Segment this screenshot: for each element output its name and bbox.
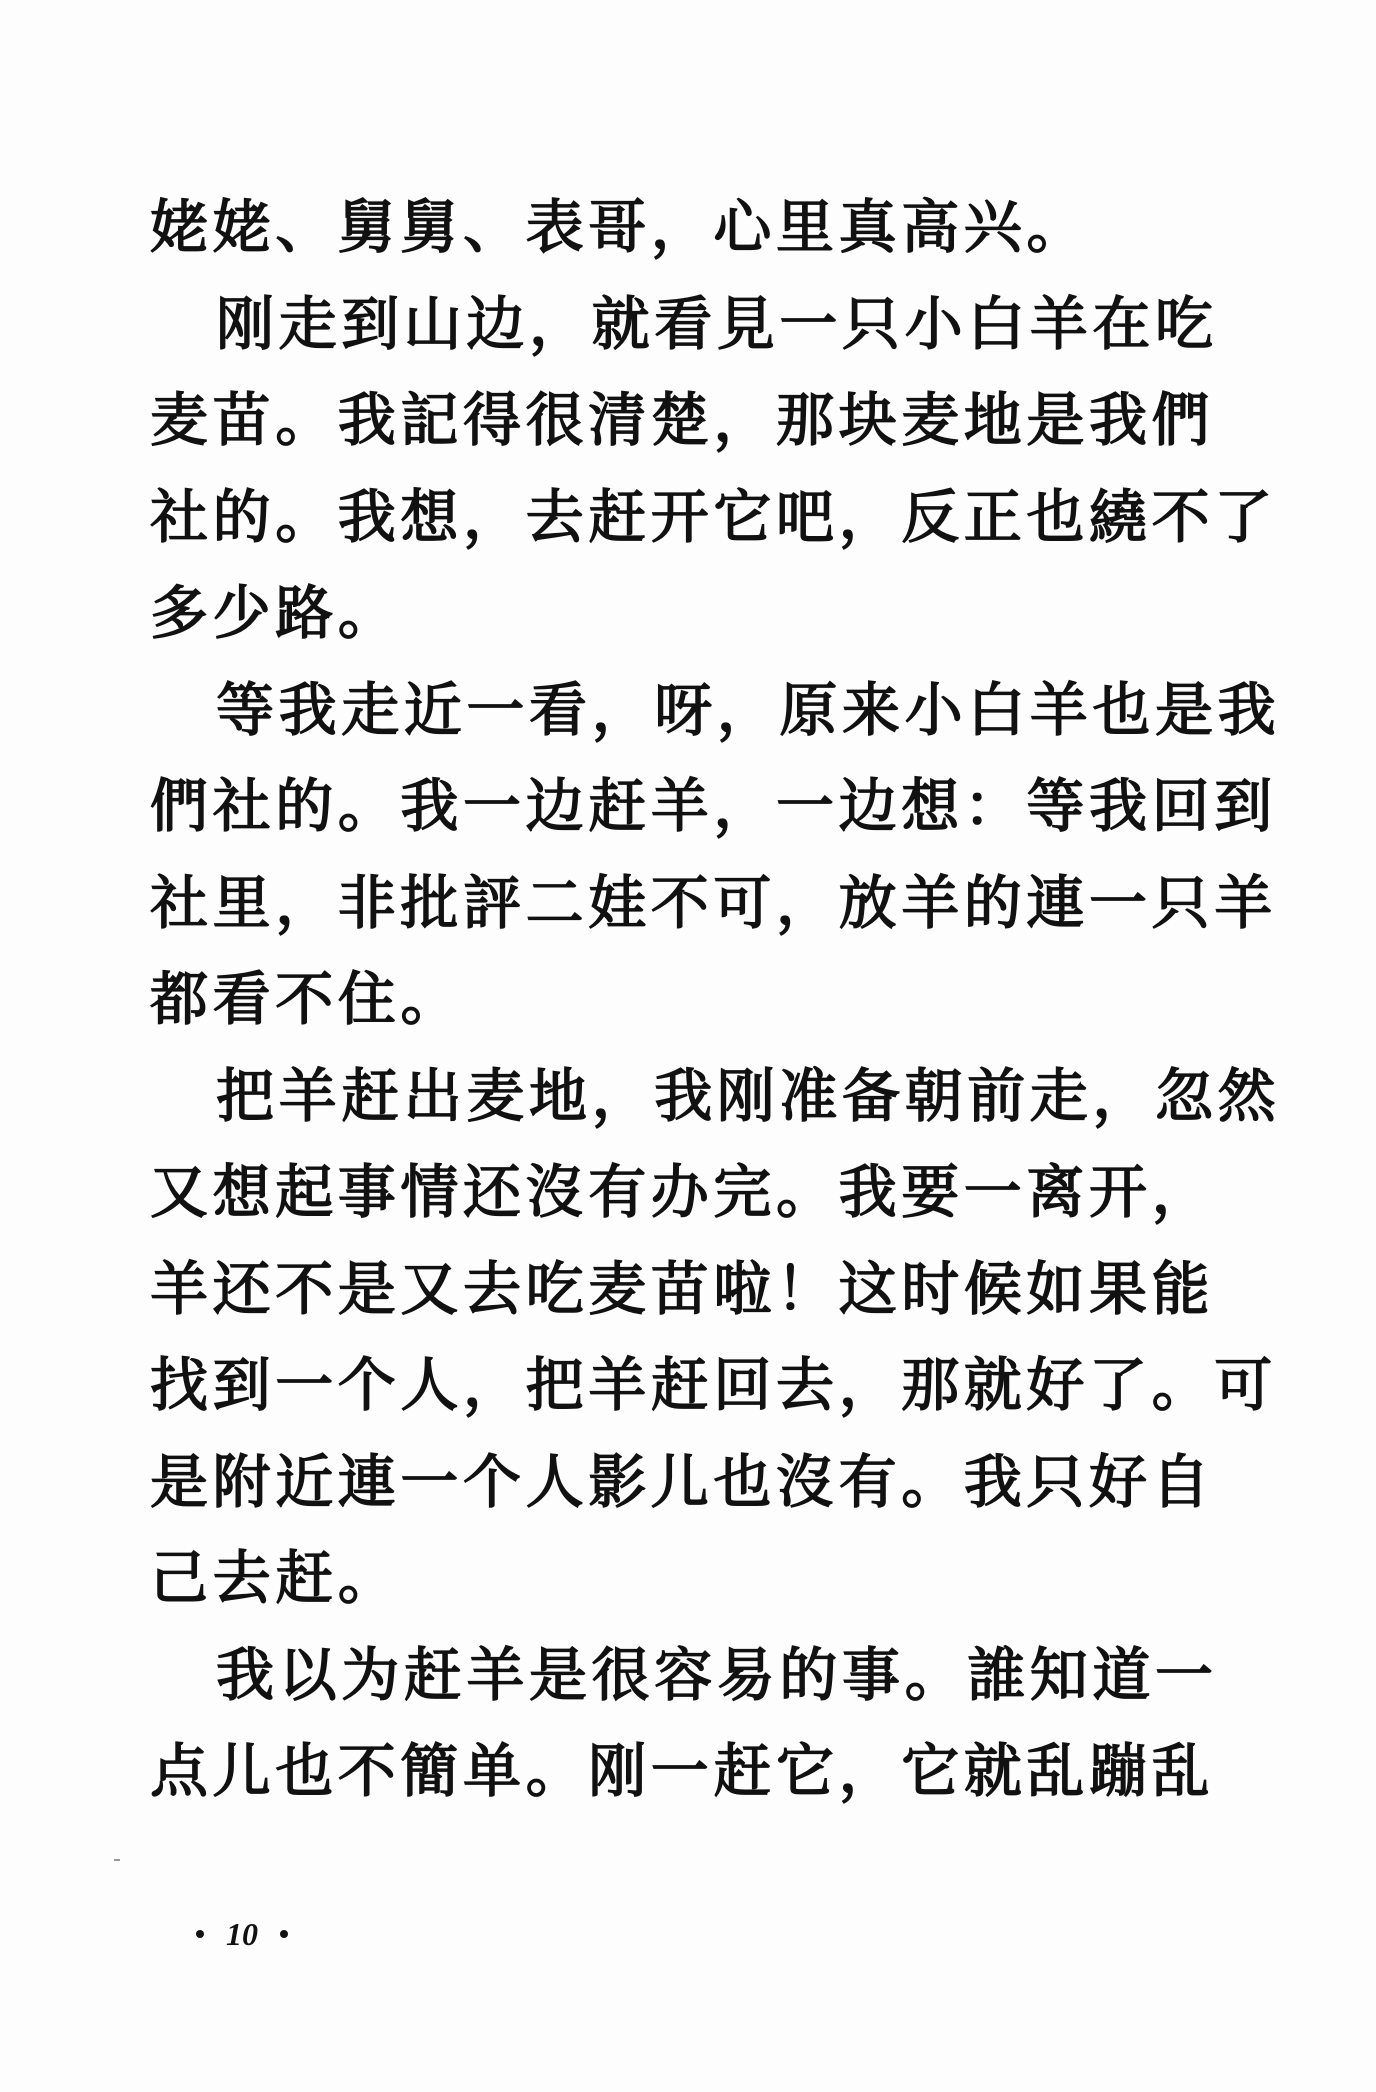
text-line: 找到一个人，把羊赶回去，那就好了。可 bbox=[150, 1350, 1270, 1447]
text-line: 刚走到山边，就看見一只小白羊在吃 bbox=[150, 289, 1270, 386]
text-line: 社的。我想，去赶开它吧，反正也繞不了 bbox=[150, 482, 1270, 579]
text-line: 麦苗。我記得很清楚，那块麦地是我們 bbox=[150, 385, 1270, 482]
bullet-dot-icon bbox=[196, 1930, 204, 1938]
text-line: 羊还不是又去吃麦苗啦！这时候如果能 bbox=[150, 1254, 1270, 1351]
scan-speck bbox=[114, 1859, 120, 1861]
text-line: 己去赶。 bbox=[150, 1543, 1270, 1640]
text-line: 社里，非批評二娃不可，放羊的連一只羊 bbox=[150, 868, 1270, 965]
text-line: 点儿也不簡单。刚一赶它，它就乱蹦乱 bbox=[150, 1736, 1270, 1833]
text-line: 多少路。 bbox=[150, 578, 1270, 675]
text-line: 是附近連一个人影儿也沒有。我只好自 bbox=[150, 1447, 1270, 1544]
text-line: 我以为赶羊是很容易的事。誰知道一 bbox=[150, 1640, 1270, 1737]
text-line: 把羊赶出麦地，我刚准备朝前走，忽然 bbox=[150, 1061, 1270, 1158]
text-line: 都看不住。 bbox=[150, 964, 1270, 1061]
text-line: 又想起事情还沒有办完。我要一离开， bbox=[150, 1157, 1270, 1254]
text-line: 等我走近一看，呀，原来小白羊也是我 bbox=[150, 675, 1270, 772]
bullet-dot-icon bbox=[280, 1930, 288, 1938]
page-number: 10 bbox=[196, 1912, 288, 1956]
page-number-value: 10 bbox=[226, 1912, 258, 1956]
book-page: 姥姥、舅舅、表哥，心里真高兴。 刚走到山边，就看見一只小白羊在吃 麦苗。我記得很… bbox=[0, 0, 1376, 2092]
text-line: 們社的。我一边赶羊，一边想：等我回到 bbox=[150, 771, 1270, 868]
body-text: 姥姥、舅舅、表哥，心里真高兴。 刚走到山边，就看見一只小白羊在吃 麦苗。我記得很… bbox=[150, 192, 1270, 1833]
text-line: 姥姥、舅舅、表哥，心里真高兴。 bbox=[150, 192, 1270, 289]
